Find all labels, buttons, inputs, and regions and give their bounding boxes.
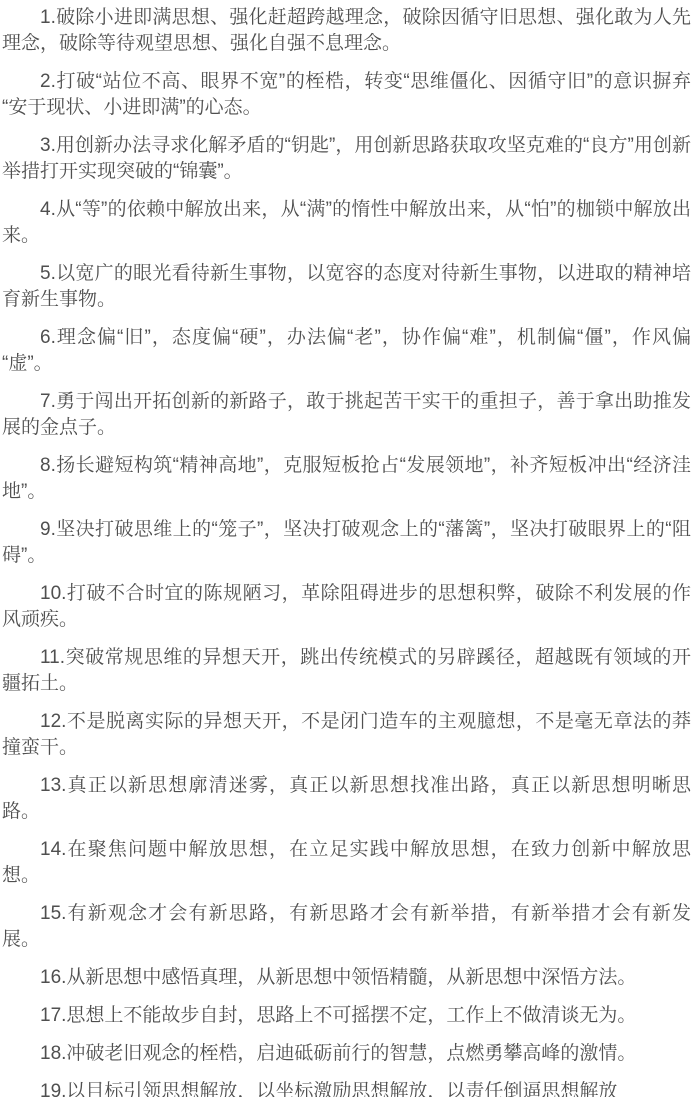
paragraph-12: 12.不是脱离实际的异想天开，不是闭门造车的主观臆想，不是毫无章法的莽撞蛮干。 (2, 709, 691, 761)
paragraph-9: 9.坚决打破思维上的“笼子”，坚决打破观念上的“藩篱”，坚决打破眼界上的“阻碍”… (2, 517, 691, 569)
paragraph-11: 11.突破常规思维的异想天开，跳出传统模式的另辟蹊径，超越既有领域的开疆拓土。 (2, 645, 691, 697)
paragraph-15: 15.有新观念才会有新思路，有新思路才会有新举措，有新举措才会有新发展。 (2, 901, 691, 953)
paragraph-8: 8.扬长避短构筑“精神高地”，克服短板抢占“发展领地”，补齐短板冲出“经济洼地”… (2, 453, 691, 505)
paragraph-3: 3.用创新办法寻求化解矛盾的“钥匙”，用创新思路获取攻坚克难的“良方”用创新举措… (2, 133, 691, 185)
paragraph-1: 1.破除小进即满思想、强化赶超跨越理念，破除因循守旧思想、强化敢为人先理念，破除… (2, 5, 691, 57)
article-body: 1.破除小进即满思想、强化赶超跨越理念，破除因循守旧思想、强化敢为人先理念，破除… (0, 0, 693, 1097)
paragraph-18: 18.冲破老旧观念的桎梏，启迪砥砺前行的智慧，点燃勇攀高峰的激情。 (2, 1041, 691, 1067)
paragraph-6: 6.理念偏“旧”，态度偏“硬”，办法偏“老”，协作偏“难”，机制偏“僵”，作风偏… (2, 325, 691, 377)
paragraph-13: 13.真正以新思想廓清迷雾，真正以新思想找准出路，真正以新思想明晰思路。 (2, 773, 691, 825)
paragraph-19: 19.以目标引领思想解放，以坐标激励思想解放，以责任倒逼思想解放 (2, 1079, 691, 1097)
paragraph-14: 14.在聚焦问题中解放思想，在立足实践中解放思想，在致力创新中解放思想。 (2, 837, 691, 889)
paragraph-10: 10.打破不合时宜的陈规陋习，革除阻碍进步的思想积弊，破除不利发展的作风顽疾。 (2, 581, 691, 633)
paragraph-4: 4.从“等”的依赖中解放出来，从“满”的惰性中解放出来，从“怕”的枷锁中解放出来… (2, 197, 691, 249)
paragraph-5: 5.以宽广的眼光看待新生事物，以宽容的态度对待新生事物，以进取的精神培育新生事物… (2, 261, 691, 313)
paragraph-2: 2.打破“站位不高、眼界不宽”的桎梏，转变“思维僵化、因循守旧”的意识摒弃“安于… (2, 69, 691, 121)
paragraph-7: 7.勇于闯出开拓创新的新路子，敢于挑起苦干实干的重担子，善于拿出助推发展的金点子… (2, 389, 691, 441)
paragraph-17: 17.思想上不能故步自封，思路上不可摇摆不定，工作上不做清谈无为。 (2, 1003, 691, 1029)
paragraph-16: 16.从新思想中感悟真理，从新思想中领悟精髓，从新思想中深悟方法。 (2, 965, 691, 991)
